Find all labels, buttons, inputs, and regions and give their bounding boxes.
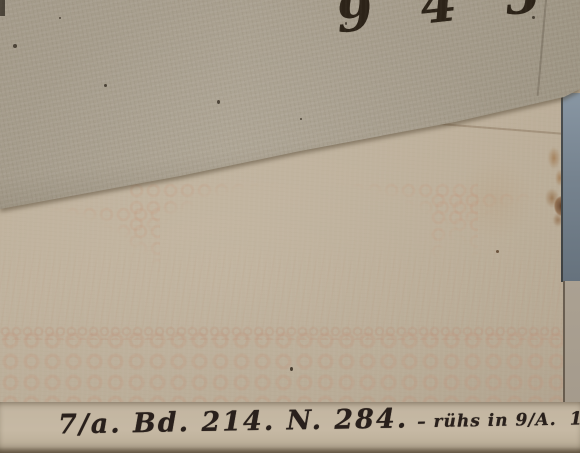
ink-speck bbox=[300, 118, 302, 120]
upper-paper-sheet: 9 4 5 bbox=[0, 0, 580, 453]
ink-speck bbox=[217, 100, 220, 104]
ink-speck bbox=[13, 44, 17, 48]
upper-sheet-shadow: 9 4 5 bbox=[0, 0, 580, 453]
ink-speck bbox=[104, 84, 107, 87]
archival-photo: 7/a. Bd. 214. N. 284.– rühs in 9/A.1 Met… bbox=[0, 0, 580, 453]
ink-speck bbox=[59, 17, 61, 19]
sheet-edge-shading bbox=[0, 0, 580, 453]
ink-speck bbox=[532, 16, 535, 19]
dark-corner-edge bbox=[0, 0, 5, 16]
ink-speck bbox=[345, 22, 347, 25]
